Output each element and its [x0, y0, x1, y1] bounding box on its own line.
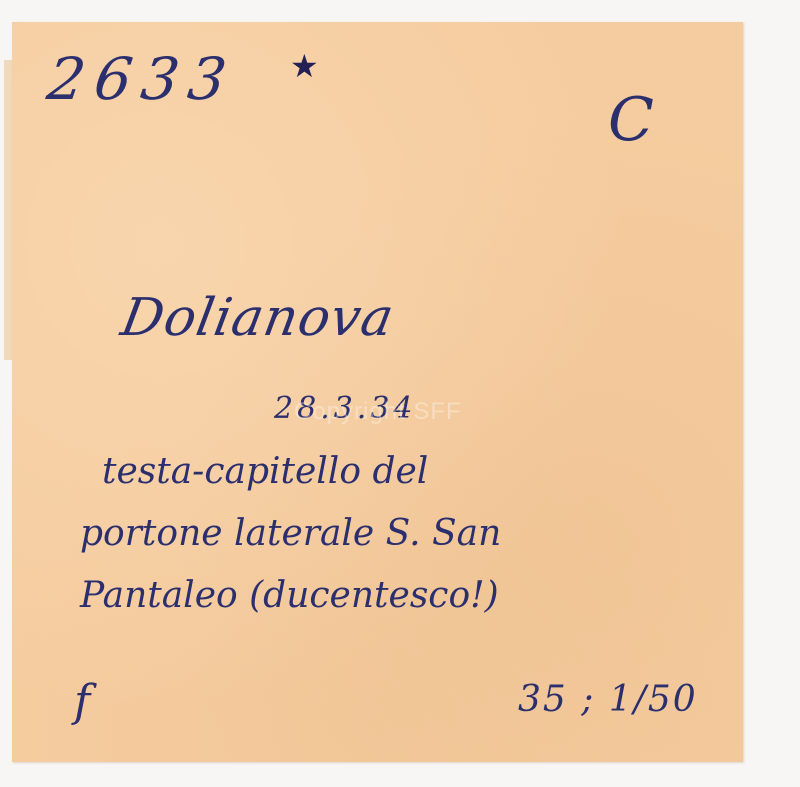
scan-page: 2633 ★ C Dolianova 28.3.34 Copyright SFF… [0, 0, 800, 787]
place-name: Dolianova [117, 292, 398, 344]
star-icon: ★ [290, 50, 319, 82]
archive-index-card: 2633 ★ C Dolianova 28.3.34 Copyright SFF… [12, 22, 743, 762]
catalog-number: 2633 [44, 50, 240, 108]
description-line-1: testa-capitello del [102, 454, 428, 490]
description-line-3: Pantaleo (ducentesco!) [80, 578, 499, 614]
film-mark: f [74, 680, 90, 724]
series-letter: C [608, 90, 654, 150]
exposure-setting: 35 ; 1/50 [518, 682, 698, 718]
description-line-2: portone laterale S. San [80, 516, 501, 552]
copyright-watermark: Copyright SFF [294, 398, 462, 426]
